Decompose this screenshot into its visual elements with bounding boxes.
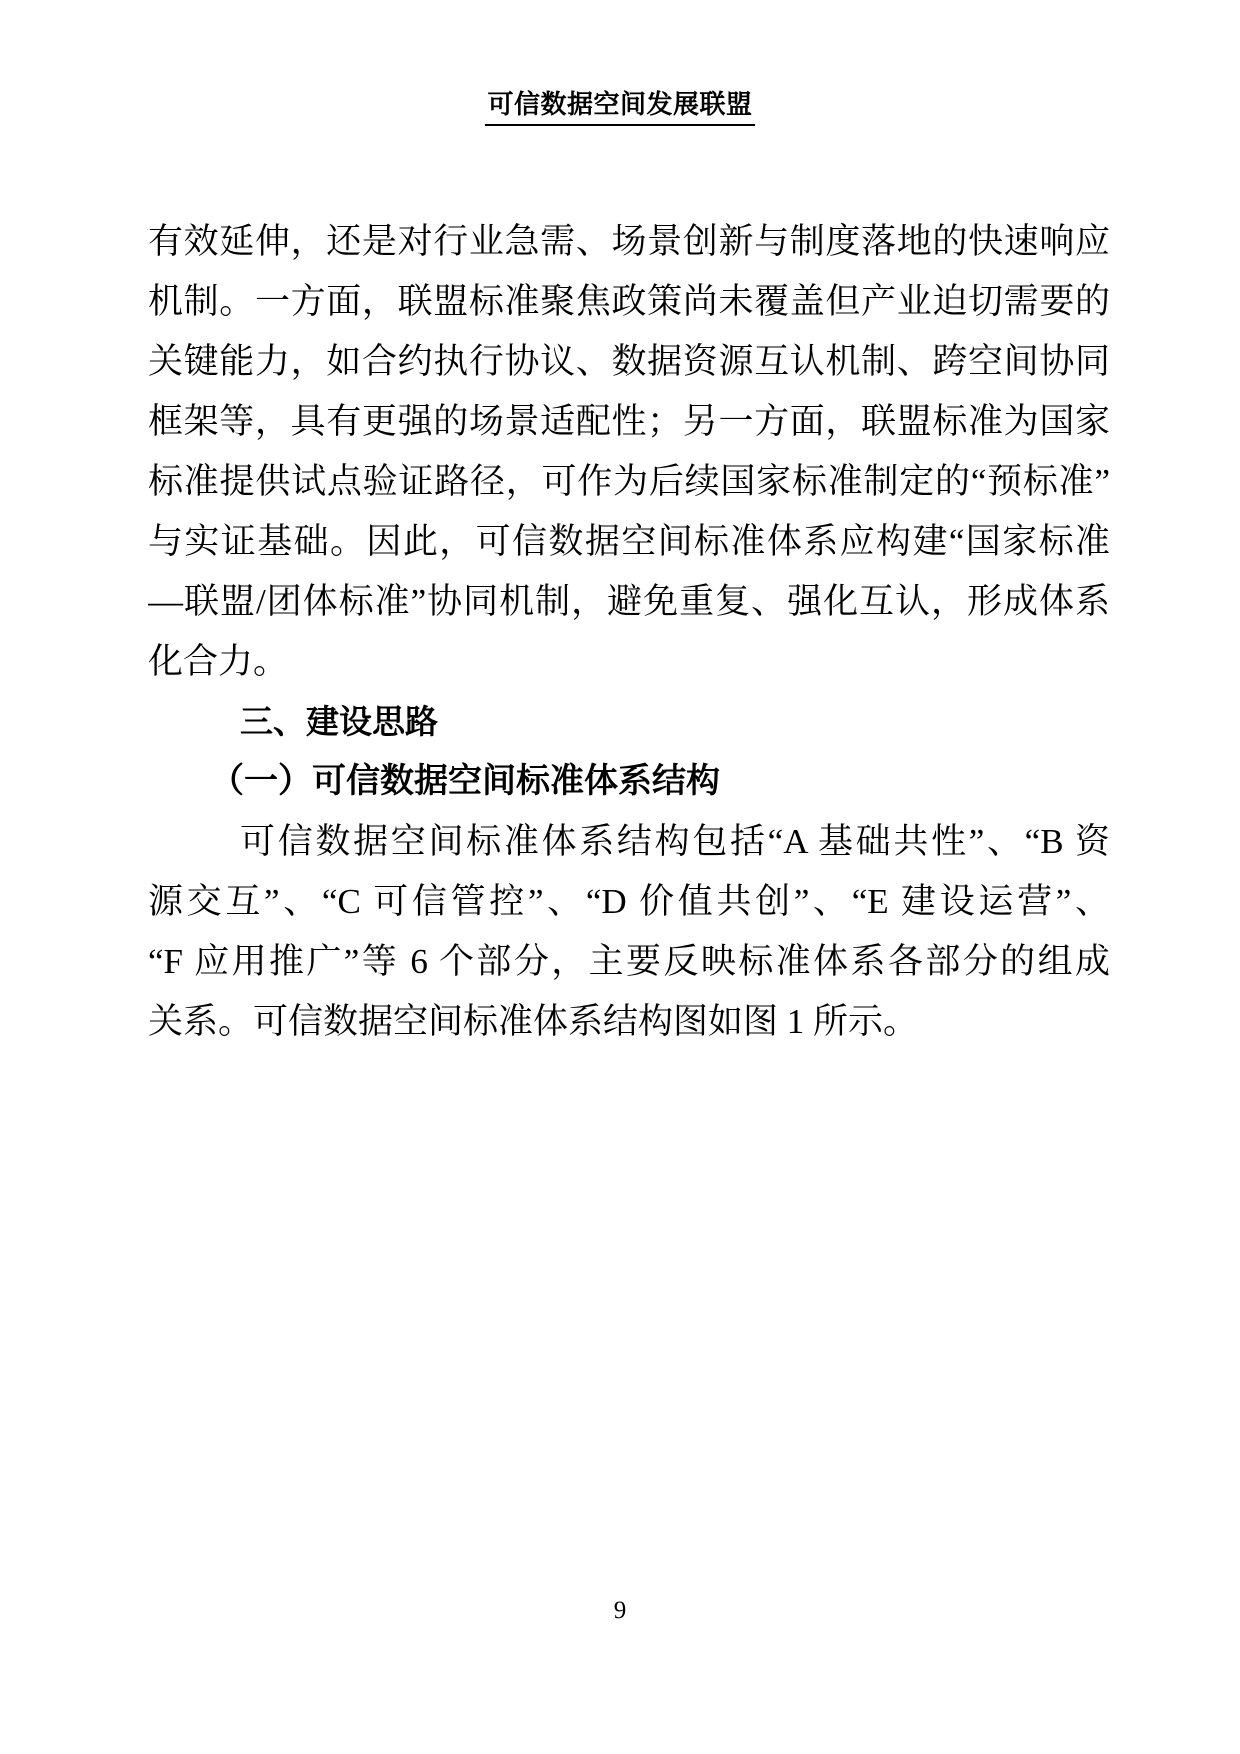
section-heading: 三、建设思路	[148, 692, 1110, 752]
document-body: 有效延伸，还是对行业急需、场景创新与制度落地的快速响应 机制。一方面，联盟标准聚…	[148, 212, 1110, 1052]
header-title: 可信数据空间发展联盟	[485, 84, 754, 126]
paragraph1-line: 机制。一方面，联盟标准聚焦政策尚未覆盖但产业迫切需要的	[148, 272, 1110, 332]
paragraph1-line: 化合力。	[148, 632, 1110, 692]
page-number: 9	[0, 1596, 1240, 1626]
paragraph1-line: 关键能力，如合约执行协议、数据资源互认机制、跨空间协同	[148, 332, 1110, 392]
paragraph2-line: “F 应用推广”等 6 个部分，主要反映标准体系各部分的组成	[148, 932, 1110, 992]
document-page: 可信数据空间发展联盟 有效延伸，还是对行业急需、场景创新与制度落地的快速响应 机…	[0, 0, 1240, 1754]
paragraph1-line: 与实证基础。因此，可信数据空间标准体系应构建“国家标准	[148, 512, 1110, 572]
paragraph1-line: 标准提供试点验证路径，可作为后续国家标准制定的“预标准”	[148, 452, 1110, 512]
page-header: 可信数据空间发展联盟	[0, 84, 1240, 126]
paragraph1-line: —联盟/团体标准”协同机制，避免重复、强化互认，形成体系	[148, 572, 1110, 632]
paragraph1-line: 框架等，具有更强的场景适配性；另一方面，联盟标准为国家	[148, 392, 1110, 452]
subsection-heading: （一）可信数据空间标准体系结构	[148, 752, 1110, 812]
paragraph2-line: 关系。可信数据空间标准体系结构图如图 1 所示。	[148, 992, 1110, 1052]
paragraph1-line: 有效延伸，还是对行业急需、场景创新与制度落地的快速响应	[148, 212, 1110, 272]
paragraph2-line: 可信数据空间标准体系结构包括“A 基础共性”、“B 资	[148, 812, 1110, 872]
paragraph2-line: 源交互”、“C 可信管控”、“D 价值共创”、“E 建设运营”、	[148, 872, 1110, 932]
